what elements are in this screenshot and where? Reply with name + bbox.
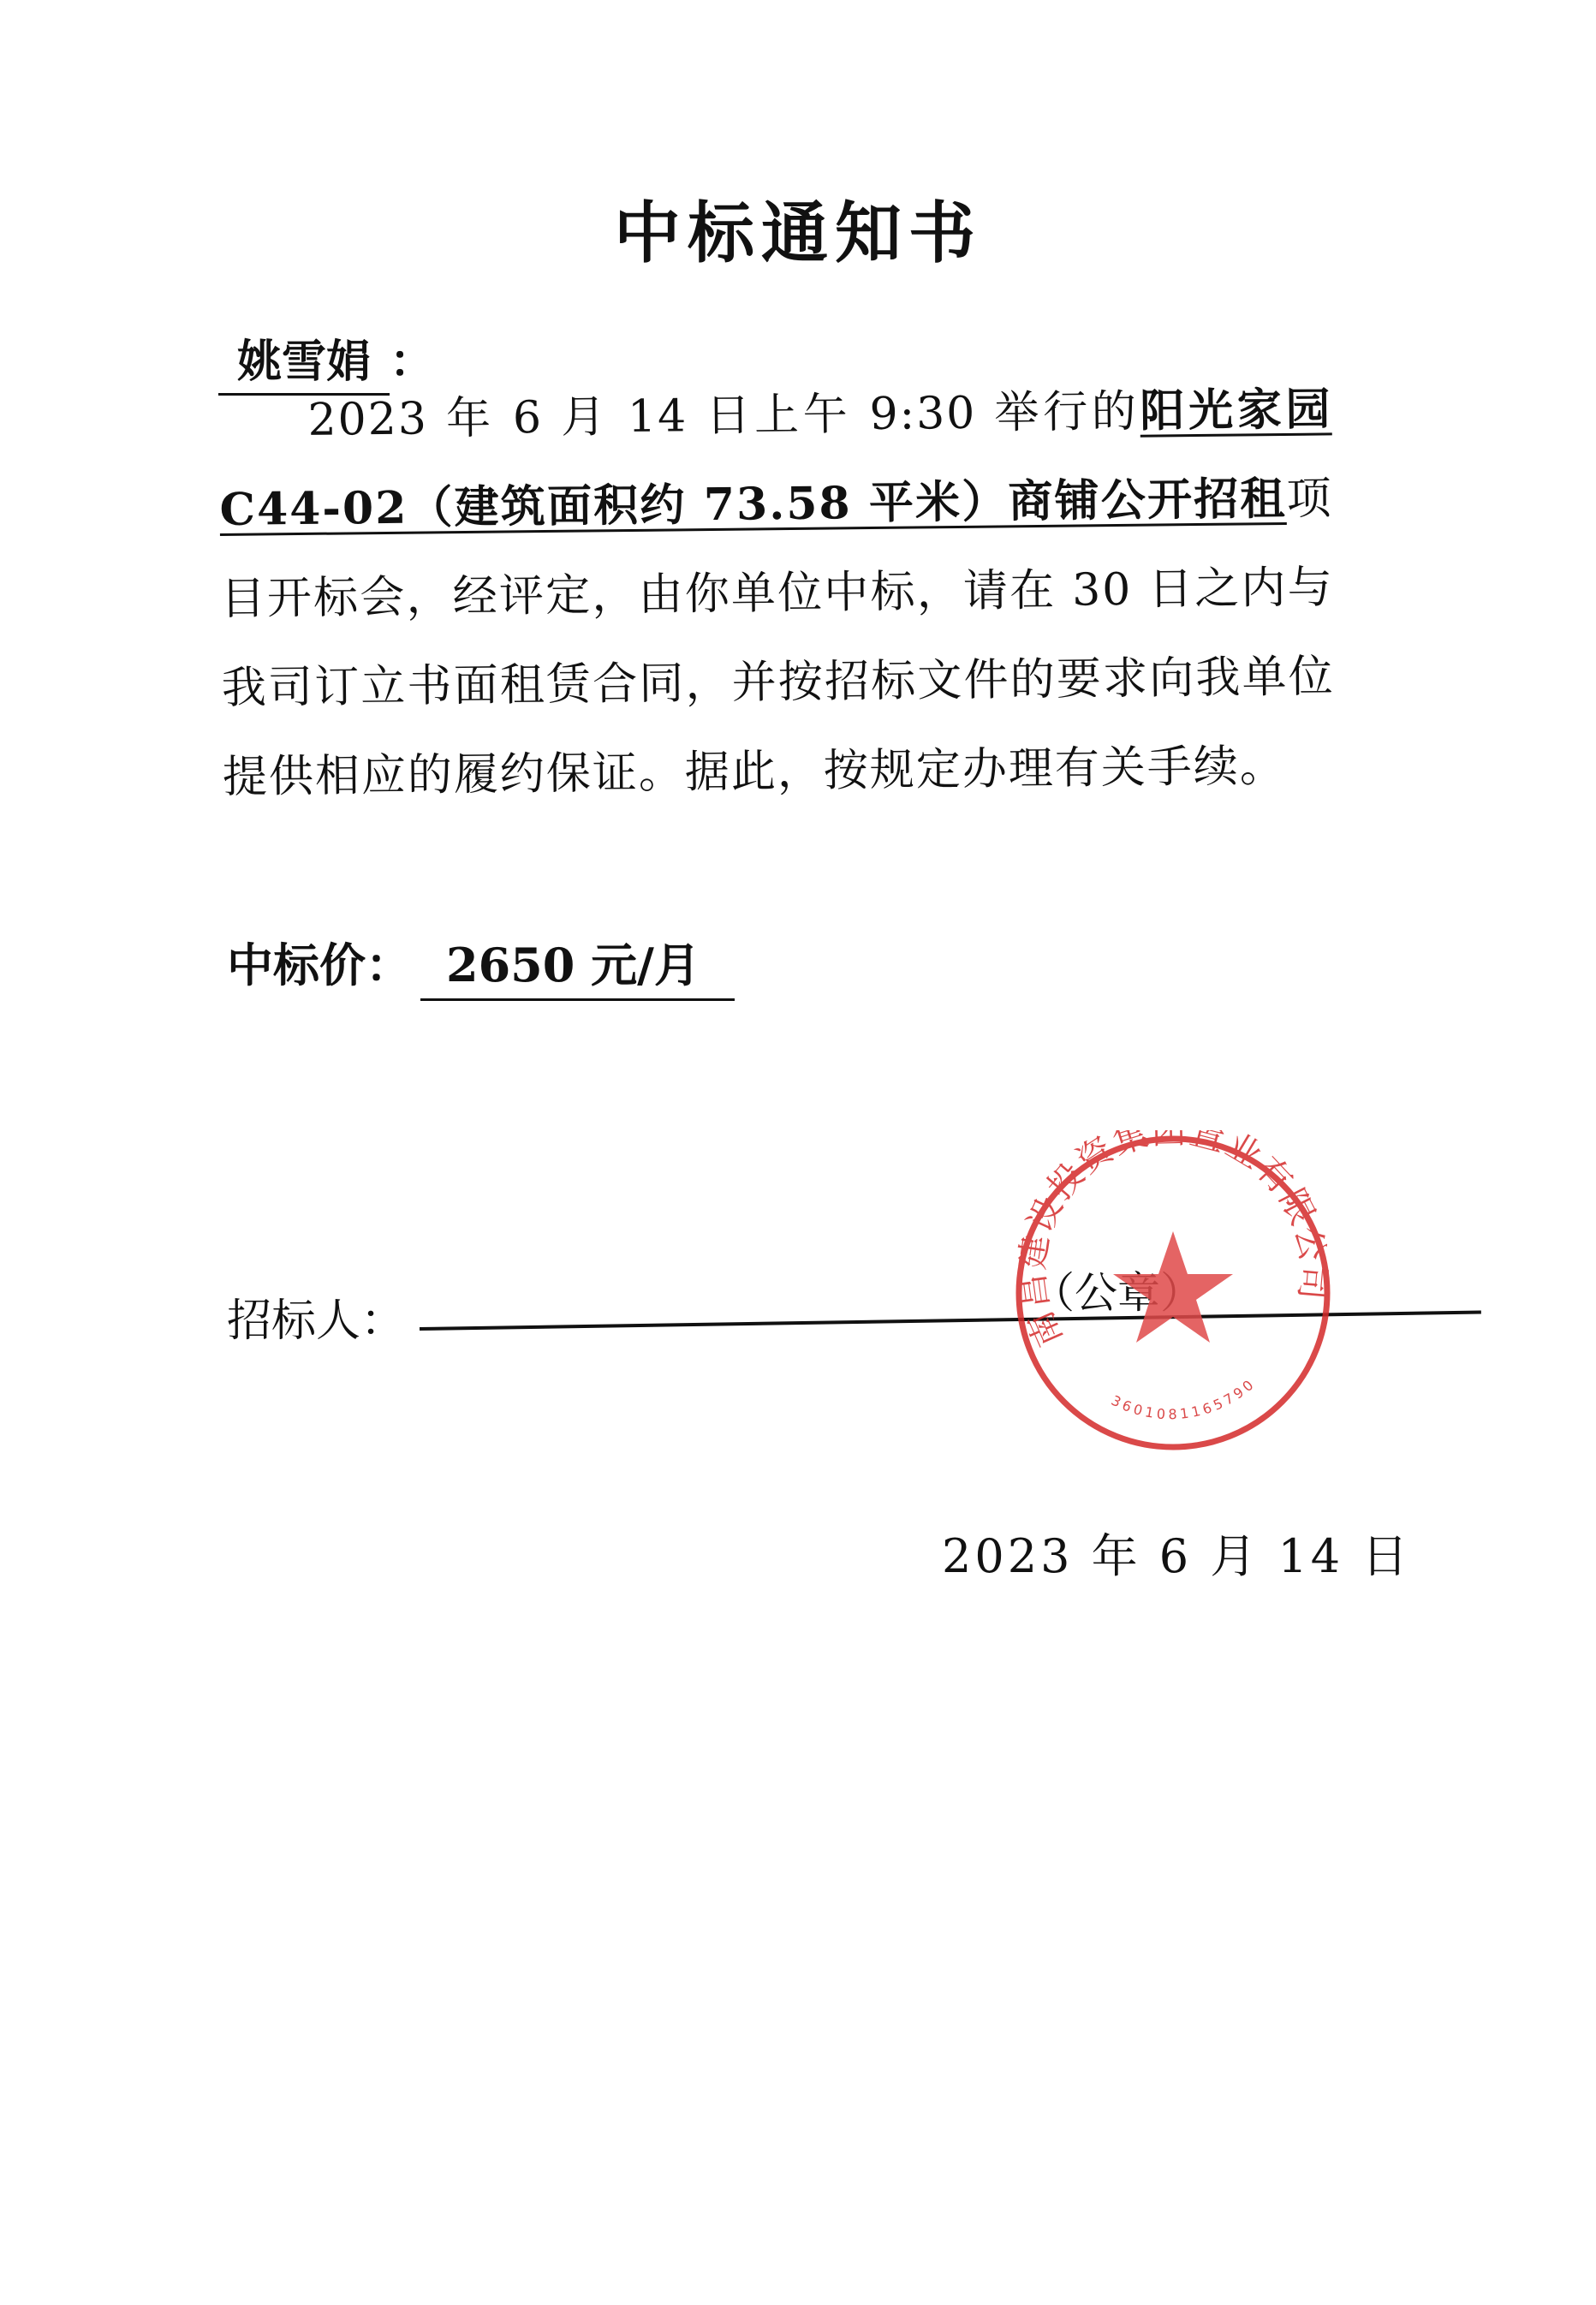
body-intro: 2023 年 6 月 14 日上午 9:30 举行的 — [307, 386, 1140, 446]
stamp-code: 3601081165790 — [1109, 1374, 1260, 1422]
svg-text:3601081165790: 3601081165790 — [1109, 1374, 1260, 1422]
signer-label: 招标人： — [227, 1295, 405, 1347]
document-title: 中标通知书 — [0, 180, 1596, 276]
price-value: 2650 元/月 — [420, 929, 735, 1001]
issue-date: 2023 年 6 月 14 日 — [942, 1520, 1411, 1586]
winning-price: 中标价：2650 元/月 — [227, 929, 735, 1001]
star-icon — [1113, 1231, 1233, 1343]
body-paragraph: 2023 年 6 月 14 日上午 9:30 举行的阳光家园 C44-02（建筑… — [218, 365, 1336, 822]
indent — [219, 435, 308, 436]
price-label: 中标价： — [227, 938, 412, 992]
company-seal-stamp: 南昌建设投资集团置业有限公司 3601081165790 — [1010, 1130, 1336, 1456]
signer-row: 招标人： （公章） — [227, 1284, 405, 1349]
